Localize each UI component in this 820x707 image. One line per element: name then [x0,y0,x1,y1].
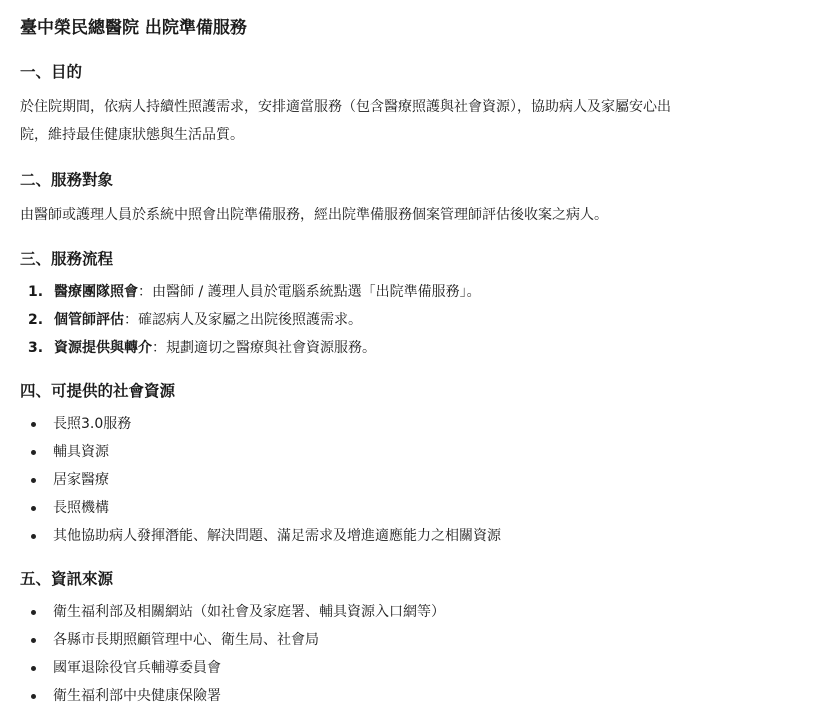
bullet-icon [31,506,36,511]
section-heading-target: 二、服務對象 [20,169,113,191]
bullet-icon [31,534,36,539]
section-heading-purpose: 一、目的 [20,61,82,83]
step-text: 個管師評估：確認病人及家屬之出院後照護需求。 [54,306,362,334]
list-item-text: 居家醫療 [53,466,109,494]
list-item-text: 長照機構 [53,494,109,522]
step-desc: ：確認病人及家屬之出院後照護需求。 [124,312,362,328]
list-item-text: 國軍退除役官兵輔導委員會 [53,654,221,682]
bullet-icon [31,450,36,455]
bullet-icon [31,638,36,643]
target-paragraph: 由醫師或護理人員於系統中照會出院準備服務，經出院準備服務個案管理師評估後收案之病… [20,201,800,229]
page-title: 臺中榮民總醫院 出院準備服務 [20,16,247,40]
step-term: 個管師評估 [54,312,124,328]
purpose-paragraph: 於住院期間，依病人持續性照護需求，安排適當服務（包含醫療照護與社會資源），協助病… [20,93,800,149]
paragraph-line: 由醫師或護理人員於系統中照會出院準備服務，經出院準備服務個案管理師評估後收案之病… [20,201,800,229]
step-term: 資源提供與轉介 [54,340,152,356]
paragraph-line: 院，維持最佳健康狀態與生活品質。 [20,121,800,149]
list-item-text: 衛生福利部中央健康保險署 [53,682,221,707]
step-term: 醫療團隊照會 [54,284,138,300]
list-item-text: 長照3.0服務 [53,410,131,438]
section-heading-process: 三、服務流程 [20,248,113,270]
bullet-icon [31,422,36,427]
list-item-text: 其他協助病人發揮潛能、解決問題、滿足需求及增進適應能力之相關資源 [53,522,501,550]
list-item-text: 輔具資源 [53,438,109,466]
step-desc: ：規劃適切之醫療與社會資源服務。 [152,340,376,356]
list-item-text: 衛生福利部及相關網站（如社會及家庭署、輔具資源入口網等） [53,598,445,626]
step-number: 1. [28,278,43,306]
step-number: 2. [28,306,43,334]
bullet-icon [31,610,36,615]
step-number: 3. [28,334,43,362]
bullet-icon [31,666,36,671]
section-heading-info-sources: 五、資訊來源 [20,568,113,590]
bullet-icon [31,478,36,483]
paragraph-line: 於住院期間，依病人持續性照護需求，安排適當服務（包含醫療照護與社會資源），協助病… [20,93,800,121]
list-item-text: 各縣市長期照顧管理中心、衛生局、社會局 [53,626,319,654]
step-text: 醫療團隊照會：由醫師 / 護理人員於電腦系統點選「出院準備服務」。 [54,278,481,306]
step-desc: ：由醫師 / 護理人員於電腦系統點選「出院準備服務」。 [138,284,481,300]
bullet-icon [31,694,36,699]
section-heading-resources: 四、可提供的社會資源 [20,380,175,402]
step-text: 資源提供與轉介：規劃適切之醫療與社會資源服務。 [54,334,376,362]
